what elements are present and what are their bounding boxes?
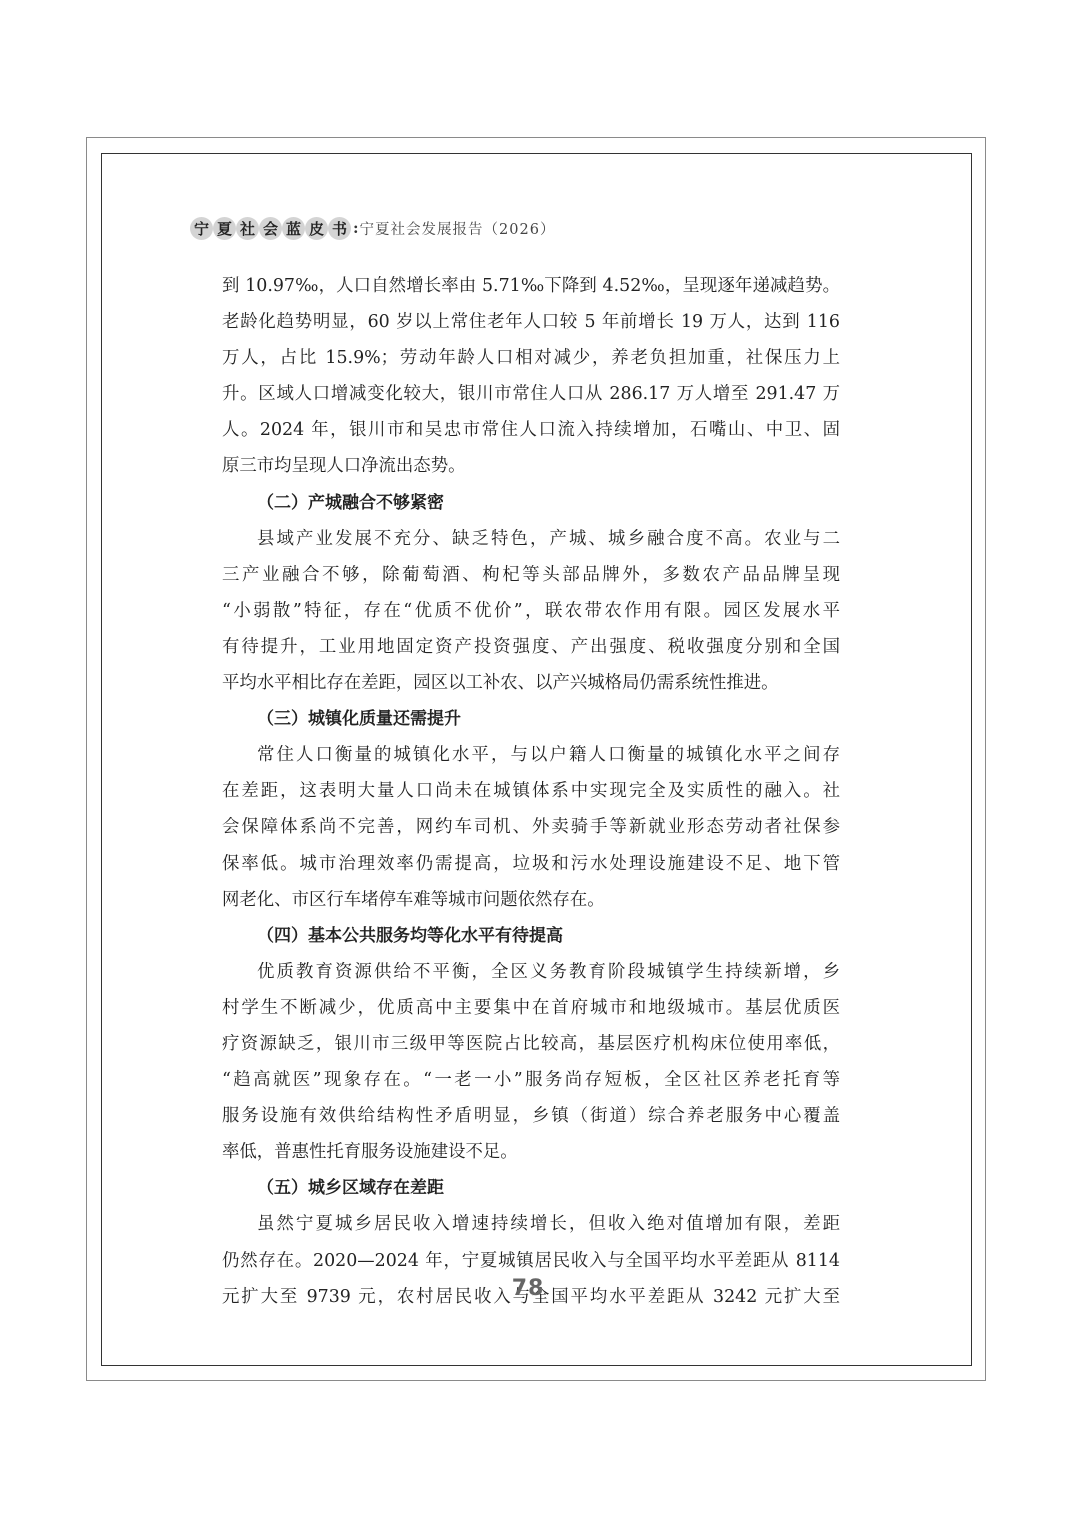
text-line: 虽然宁夏城乡居民收入增速持续增长，但收入绝对值增加有限，差距: [222, 1206, 840, 1242]
section-heading-2: （二）产城融合不够紧密: [222, 485, 840, 521]
paragraph-public-services: 优质教育资源供给不平衡，全区义务教育阶段城镇学生持续新增，乡 村学生不断减少，优…: [222, 954, 840, 1171]
text-line: “趋高就医”现象存在。“一老一小”服务尚存短板，全区社区养老托育等: [222, 1062, 840, 1098]
text-line: 有待提升，工业用地固定资产投资强度、产出强度、税收强度分别和全国: [222, 629, 840, 665]
text-line: 在差距，这表明大量人口尚未在城镇体系中实现完全及实质性的融入。社: [222, 773, 840, 809]
page-body: 到 10.97‰，人口自然增长率由 5.71‰下降到 4.52‰，呈现逐年递减趋…: [222, 268, 840, 1315]
text-line: 仍然存在。2020—2024 年，宁夏城镇居民收入与全国平均水平差距从 8114: [222, 1243, 840, 1279]
text-line: 网老化、市区行车堵停车难等城市问题依然存在。: [222, 882, 840, 918]
paragraph-urbanization: 常住人口衡量的城镇化水平，与以户籍人口衡量的城镇化水平之间存 在差距，这表明大量…: [222, 737, 840, 917]
text-line: 保率低。城市治理效率仍需提高，垃圾和污水处理设施建设不足、地下管: [222, 846, 840, 882]
text-line: 率低，普惠性托育服务设施建设不足。: [222, 1134, 840, 1170]
text-line: 人。2024 年，银川市和吴忠市常住人口流入持续增加，石嘴山、中卫、固: [222, 412, 840, 448]
section-heading-5: （五）城乡区域存在差距: [222, 1170, 840, 1206]
page-number: 78: [0, 1276, 1056, 1301]
series-name-badges: 宁 夏 社 会 蓝 皮 书: [190, 217, 351, 240]
text-line: “小弱散”特征，存在“优质不优价”，联农带农作用有限。园区发展水平: [222, 593, 840, 629]
text-line: 原三市均呈现人口净流出态势。: [222, 448, 840, 484]
text-line: 会保障体系尚不完善，网约车司机、外卖骑手等新就业形态劳动者社保参: [222, 809, 840, 845]
series-badge-char: 皮: [305, 217, 328, 240]
series-badge-char: 宁: [190, 217, 213, 240]
text-line: 村学生不断减少，优质高中主要集中在首府城市和地级城市。基层优质医: [222, 990, 840, 1026]
section-heading-3: （三）城镇化质量还需提升: [222, 701, 840, 737]
text-line: 常住人口衡量的城镇化水平，与以户籍人口衡量的城镇化水平之间存: [222, 737, 840, 773]
paragraph-population-continued: 到 10.97‰，人口自然增长率由 5.71‰下降到 4.52‰，呈现逐年递减趋…: [222, 268, 840, 485]
text-line: 优质教育资源供给不平衡，全区义务教育阶段城镇学生持续新增，乡: [222, 954, 840, 990]
paragraph-industry-city: 县域产业发展不充分、缺乏特色，产城、城乡融合度不高。农业与二 三产业融合不够，除…: [222, 521, 840, 701]
text-line: 到 10.97‰，人口自然增长率由 5.71‰下降到 4.52‰，呈现逐年递减趋…: [222, 268, 840, 304]
series-badge-char: 书: [328, 217, 351, 240]
running-head-title: 宁夏社会发展报告（2026）: [360, 218, 556, 239]
running-head-separator: :: [353, 219, 359, 237]
text-line: 服务设施有效供给结构性矛盾明显，乡镇（街道）综合养老服务中心覆盖: [222, 1098, 840, 1134]
text-line: 疗资源缺乏，银川市三级甲等医院占比较高，基层医疗机构床位使用率低，: [222, 1026, 840, 1062]
text-line: 万人，占比 15.9%；劳动年龄人口相对减少，养老负担加重，社保压力上: [222, 340, 840, 376]
series-badge-char: 夏: [213, 217, 236, 240]
text-line: 三产业融合不够，除葡萄酒、枸杞等头部品牌外，多数农产品品牌呈现: [222, 557, 840, 593]
series-badge-char: 社: [236, 217, 259, 240]
section-heading-4: （四）基本公共服务均等化水平有待提高: [222, 918, 840, 954]
text-line: 老龄化趋势明显，60 岁以上常住老年人口较 5 年前增长 19 万人，达到 11…: [222, 304, 840, 340]
text-line: 升。区域人口增减变化较大，银川市常住人口从 286.17 万人增至 291.47…: [222, 376, 840, 412]
text-line: 平均水平相比存在差距，园区以工补农、以产兴城格局仍需系统性推进。: [222, 665, 840, 701]
series-badge-char: 蓝: [282, 217, 305, 240]
series-badge-char: 会: [259, 217, 282, 240]
running-head: 宁 夏 社 会 蓝 皮 书 : 宁夏社会发展报告（2026）: [190, 215, 555, 241]
text-line: 县域产业发展不充分、缺乏特色，产城、城乡融合度不高。农业与二: [222, 521, 840, 557]
